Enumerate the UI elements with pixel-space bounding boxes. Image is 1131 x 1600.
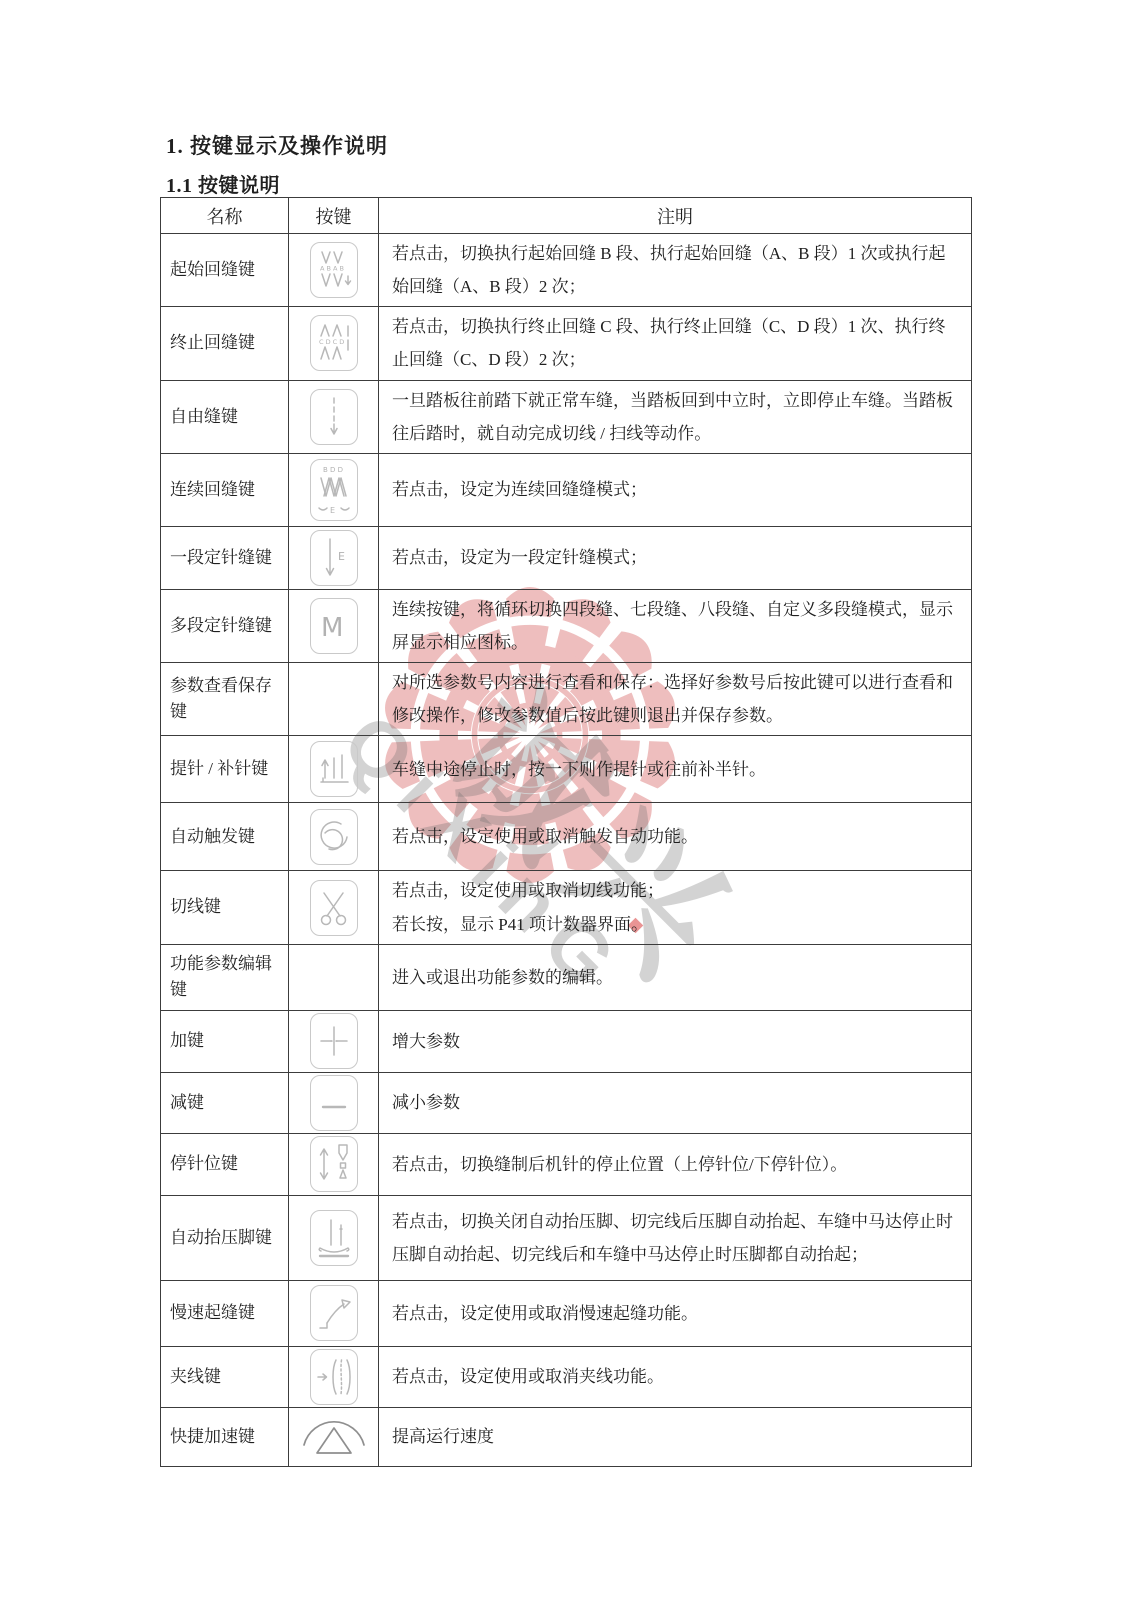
key-name: 提针 / 补针键: [161, 736, 289, 803]
key-name: 功能参数编辑键: [161, 944, 289, 1010]
needle-stop-position-icon: [310, 1136, 358, 1192]
key-note: 进入或退出功能参数的编辑。: [379, 944, 972, 1010]
table-row: 终止回缝键 C D C D 若点击，切换执行终止回缝 C 段、执行终止回缝（C、…: [161, 307, 972, 380]
key-note: 减小参数: [379, 1072, 972, 1133]
key-note: 若点击，设定为一段定针缝模式；: [379, 526, 972, 589]
table-row: 快捷加速键 提高运行速度: [161, 1407, 972, 1466]
key-note: 若点击，设定使用或取消夹线功能。: [379, 1346, 972, 1407]
header-key: 按键: [289, 198, 379, 234]
table-row: 连续回缝键 B D D E 若点击，设定为连续回缝缝模式；: [161, 453, 972, 526]
empty-key-cell: [289, 944, 379, 1010]
key-name: 一段定针缝键: [161, 526, 289, 589]
table-row: 一段定针缝键 E 若点击，设定为一段定针缝模式；: [161, 526, 972, 589]
plus-icon: [310, 1013, 358, 1069]
key-name: 参数查看保存键: [161, 663, 289, 736]
subsection-title: 1.1 按键说明: [166, 169, 388, 198]
one-segment-stitch-icon: E: [310, 530, 358, 586]
key-note: 若点击，设定使用或取消慢速起缝功能。: [379, 1280, 972, 1346]
key-name: 自动触发键: [161, 803, 289, 871]
needle-lift-icon: [310, 741, 358, 797]
table-row: 多段定针缝键 M 连续按键，将循环切换四段缝、七段缝、八段缝、自定义多段缝模式，…: [161, 589, 972, 662]
table-row: 加键 增大参数: [161, 1010, 972, 1072]
table-row: 切线键 若点击，设定使用或取消切线功能； 若长按，显示 P41 项计数器界面。: [161, 871, 972, 944]
key-note: 车缝中途停止时，按一下则作提针或往前补半针。: [379, 736, 972, 803]
key-note: 连续按键，将循环切换四段缝、七段缝、八段缝、自定义多段缝模式，显示屏显示相应图标…: [379, 589, 972, 662]
key-note: 若点击，设定使用或取消切线功能； 若长按，显示 P41 项计数器界面。: [379, 871, 972, 944]
table-row: 自动抬压脚键 若点击，切换关闭自动抬压脚、切完线后压脚自动抬起、车缝中马达停止时…: [161, 1195, 972, 1280]
key-note: 提高运行速度: [379, 1407, 972, 1466]
key-note: 对所选参数号内容进行查看和保存：选择好参数号后按此键可以进行查看和修改操作，修改…: [379, 663, 972, 736]
key-name: 自由缝键: [161, 380, 289, 453]
key-name: 加键: [161, 1010, 289, 1072]
section-title: 1. 按键显示及操作说明: [166, 130, 388, 160]
multi-segment-stitch-icon: M: [310, 598, 358, 654]
key-name: 起始回缝键: [161, 234, 289, 307]
svg-text:B D D: B D D: [323, 466, 343, 474]
svg-text:M: M: [321, 613, 343, 643]
key-note: 若点击，设定使用或取消触发自动功能。: [379, 803, 972, 871]
key-note: 增大参数: [379, 1010, 972, 1072]
svg-text:A B A B: A B A B: [320, 265, 344, 273]
table-row: 自由缝键 一旦踏板往前踏下就正常车缝，当踏板回到中立时，立即停止车缝。当踏板往后…: [161, 380, 972, 453]
table-row: 功能参数编辑键 进入或退出功能参数的编辑。: [161, 944, 972, 1010]
slow-start-icon: [310, 1285, 358, 1341]
continuous-backtack-icon: B D D E: [310, 459, 358, 521]
minus-icon: [310, 1075, 358, 1131]
key-name: 终止回缝键: [161, 307, 289, 380]
table-row: 参数查看保存键 对所选参数号内容进行查看和保存：选择好参数号后按此键可以进行查看…: [161, 663, 972, 736]
key-note: 若点击，切换缝制后机针的停止位置（上停针位/下停针位）。: [379, 1133, 972, 1195]
key-note: 若点击，切换执行起始回缝 B 段、执行起始回缝（A、B 段）1 次或执行起始回缝…: [379, 234, 972, 307]
key-note: 一旦踏板往前踏下就正常车缝，当踏板回到中立时，立即停止车缝。当踏板往后踏时，就自…: [379, 380, 972, 453]
quick-accelerate-icon: [296, 1413, 372, 1461]
table-row: 减键 减小参数: [161, 1072, 972, 1133]
key-description-table: 名称 按键 注明 起始回缝键 A B A B 若点击，切换执行起始回缝 B 段、…: [160, 197, 972, 1467]
key-name: 自动抬压脚键: [161, 1195, 289, 1280]
header-note: 注明: [379, 198, 972, 234]
thread-clamp-icon: [310, 1349, 358, 1405]
key-name: 停针位键: [161, 1133, 289, 1195]
header-name: 名称: [161, 198, 289, 234]
thread-trim-icon: [310, 880, 358, 936]
key-name: 连续回缝键: [161, 453, 289, 526]
empty-key-cell: [289, 663, 379, 736]
presser-foot-icon: [310, 1210, 358, 1266]
svg-text:E: E: [330, 506, 335, 515]
key-name: 慢速起缝键: [161, 1280, 289, 1346]
key-note: 若点击，切换执行终止回缝 C 段、执行终止回缝（C、D 段）1 次、执行终止回缝…: [379, 307, 972, 380]
key-name: 夹线键: [161, 1346, 289, 1407]
svg-text:C D C D: C D C D: [319, 338, 344, 346]
free-sew-icon: [310, 389, 358, 445]
table-row: 自动触发键 若点击，设定使用或取消触发自动功能。: [161, 803, 972, 871]
key-name: 切线键: [161, 871, 289, 944]
svg-text:E: E: [338, 550, 345, 563]
table-row: 夹线键 若点击，设定使用或取消夹线功能。: [161, 1346, 972, 1407]
key-note: 若点击，切换关闭自动抬压脚、切完线后压脚自动抬起、车缝中马达停止时压脚自动抬起、…: [379, 1195, 972, 1280]
table-header-row: 名称 按键 注明: [161, 198, 972, 234]
table-row: 提针 / 补针键 车缝中途停止时，按一下则作提针或往前补半针。: [161, 736, 972, 803]
manual-page: 诚兴 QiXinG 1. 按键显示及操作说明 1.1 按键说明 名称 按键 注明…: [0, 0, 1131, 1600]
key-note: 若点击，设定为连续回缝缝模式；: [379, 453, 972, 526]
end-backtack-icon: C D C D: [310, 315, 358, 371]
key-name: 减键: [161, 1072, 289, 1133]
table-row: 停针位键 若点击，切换缝制后机针的停止位置（上停针位/下停针位）。: [161, 1133, 972, 1195]
headings: 1. 按键显示及操作说明 1.1 按键说明: [166, 130, 388, 198]
auto-trigger-icon: [310, 809, 358, 865]
table-row: 慢速起缝键 若点击，设定使用或取消慢速起缝功能。: [161, 1280, 972, 1346]
start-backtack-icon: A B A B: [310, 242, 358, 298]
key-name: 多段定针缝键: [161, 589, 289, 662]
table-row: 起始回缝键 A B A B 若点击，切换执行起始回缝 B 段、执行起始回缝（A、…: [161, 234, 972, 307]
key-name: 快捷加速键: [161, 1407, 289, 1466]
